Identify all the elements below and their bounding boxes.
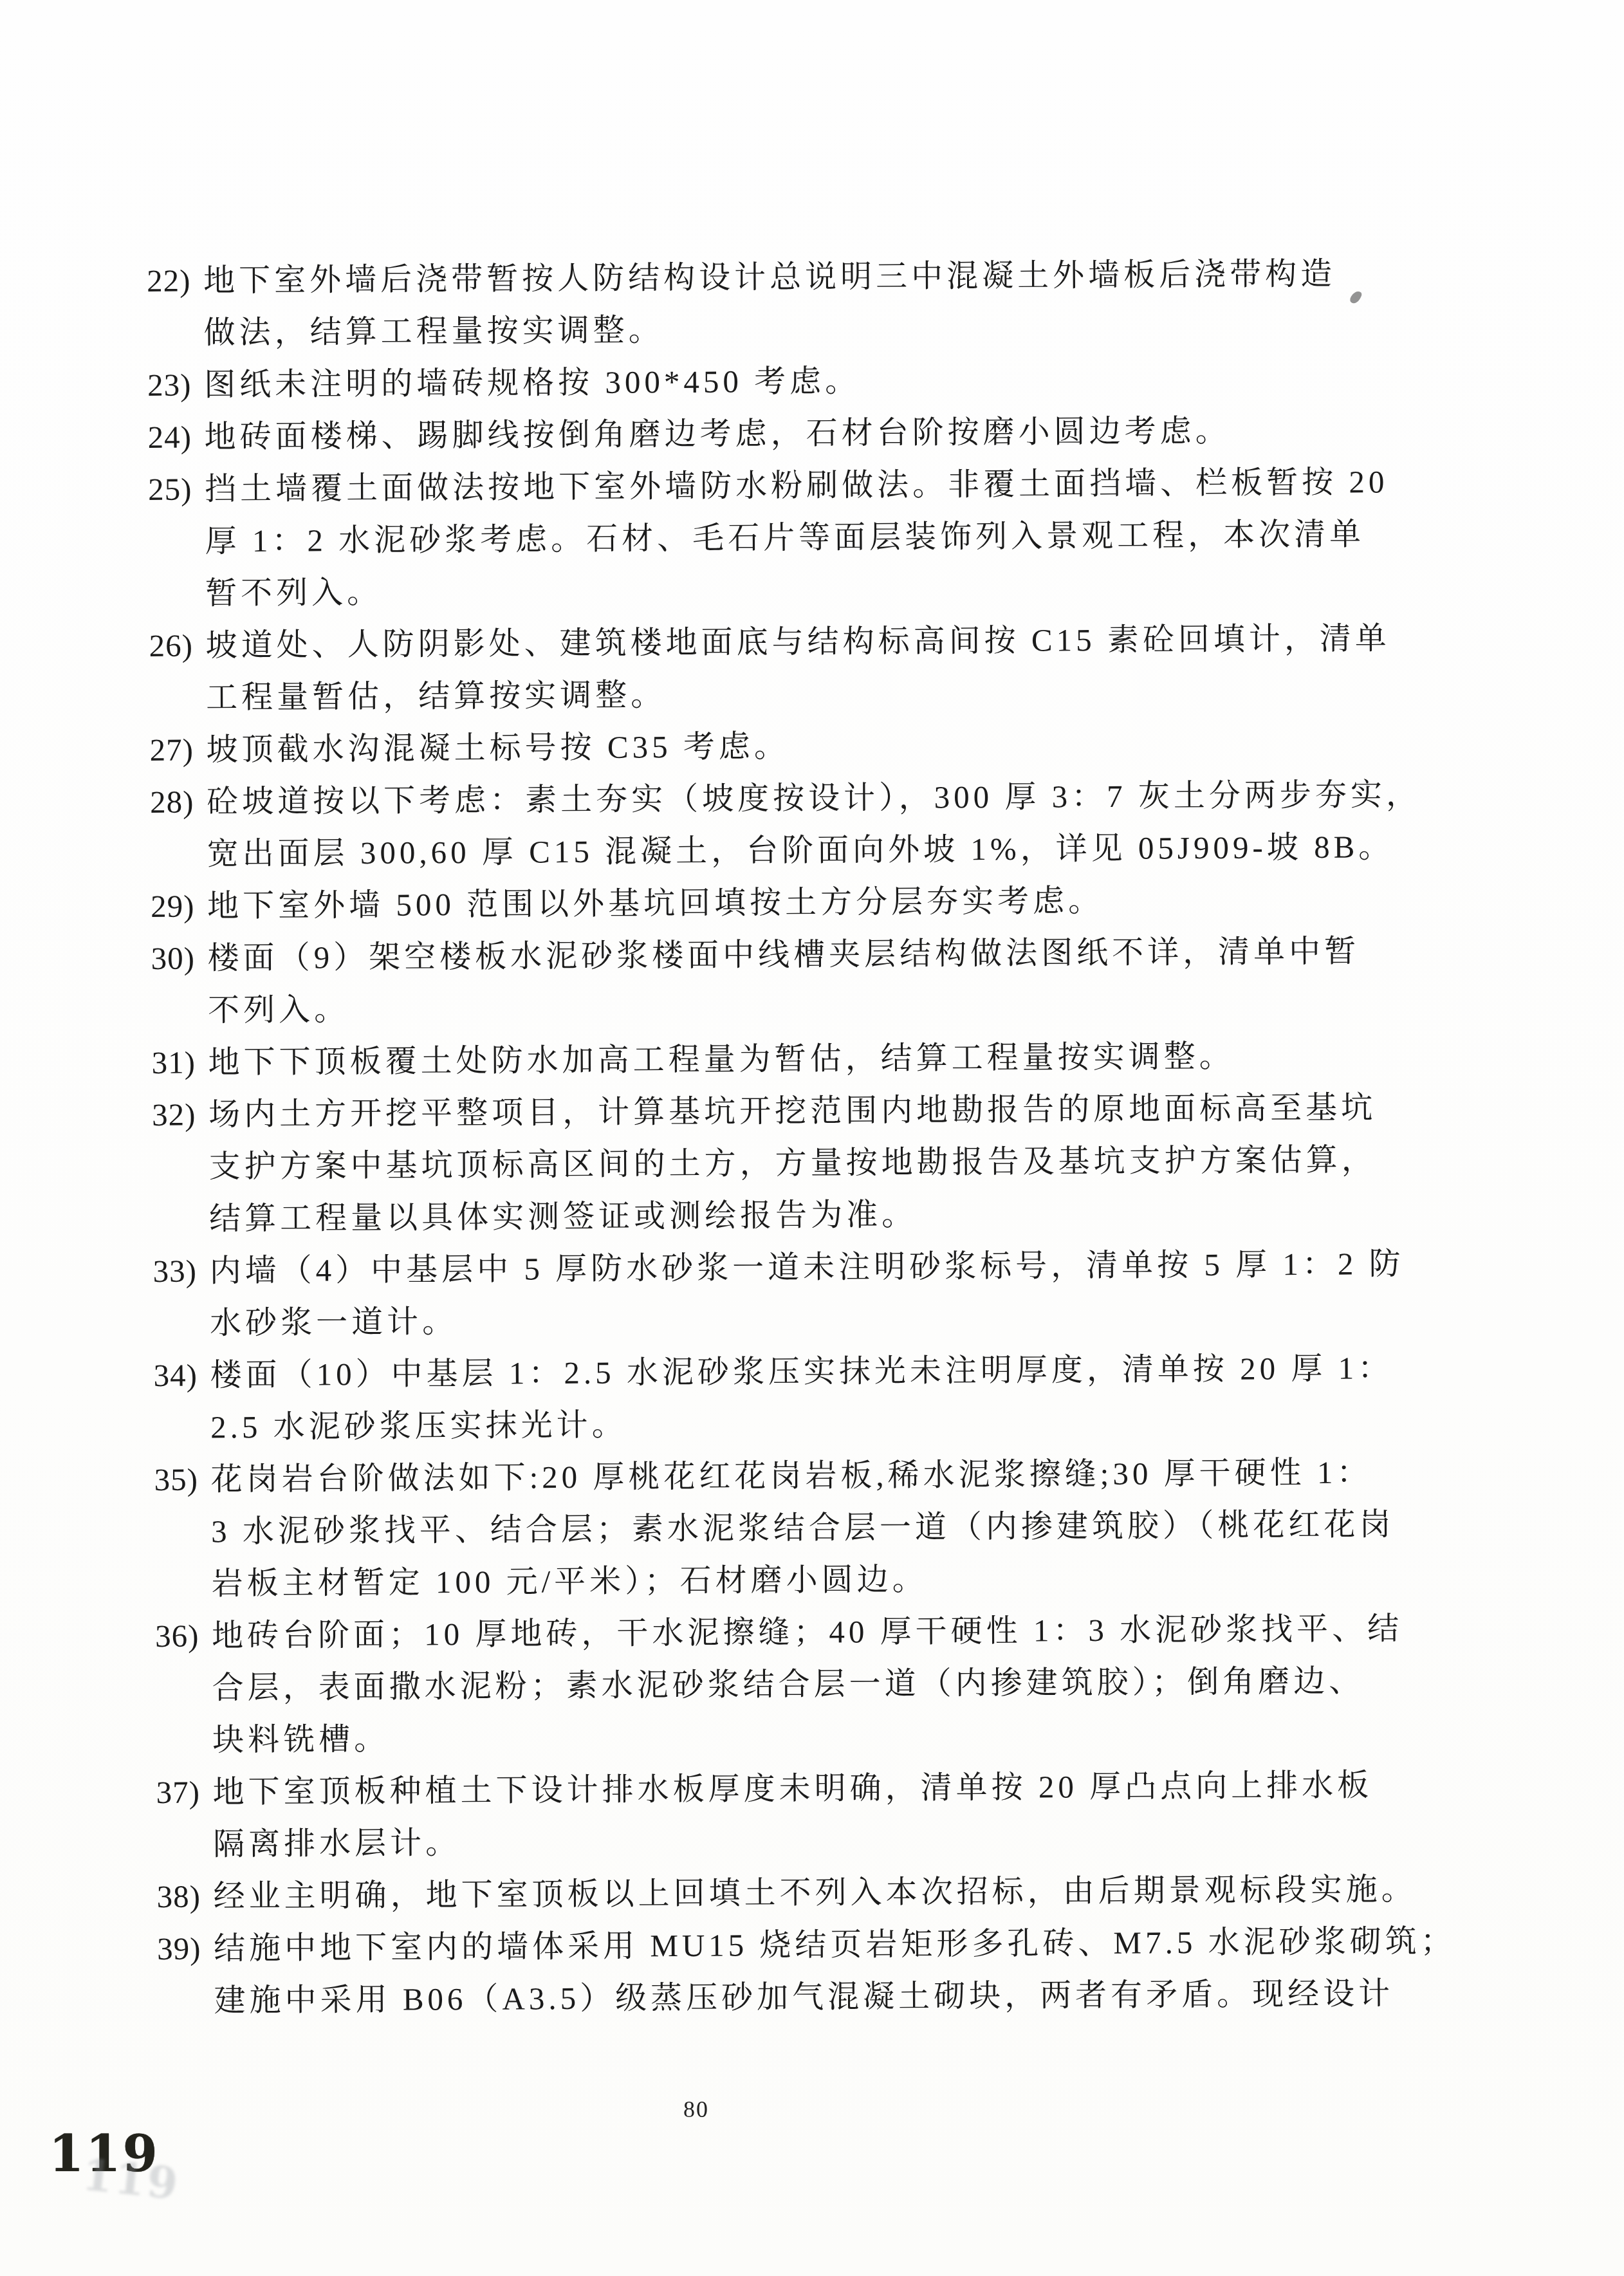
item-line: 水砂浆一道计。 bbox=[210, 1290, 1376, 1349]
list-item-24: 24) 地砖面楼梯、踢脚线按倒角磨边考虑，石材台阶按磨小圆边考虑。 bbox=[147, 403, 1370, 463]
list-item-34: 34) 楼面（10）中基层 1：2.5 水泥砂浆压实抹光未注明厚度，清单按 20… bbox=[153, 1342, 1376, 1454]
list-item-26: 26) 坡道处、人防阴影处、建筑楼地面底与结构标高间按 C15 素砼回填计，清单… bbox=[149, 612, 1372, 724]
list-item-28: 28) 砼坡道按以下考虑：素土夯实（坡度按设计），300 厚 3：7 灰土分两步… bbox=[150, 768, 1373, 880]
item-number: 28) bbox=[150, 776, 194, 828]
item-number: 22) bbox=[147, 255, 191, 307]
item-line: 岩板主材暂定 100 元/平米）；石材磨小圆边。 bbox=[211, 1550, 1377, 1609]
item-number: 26) bbox=[149, 620, 193, 672]
list-item-29: 29) 地下室外墙 500 范围以外基坑回填按土方分层夯实考虑。 bbox=[151, 873, 1373, 932]
item-number: 32) bbox=[152, 1089, 196, 1141]
item-number: 33) bbox=[152, 1245, 197, 1297]
item-line: 工程量暂估，结算按实调整。 bbox=[206, 664, 1372, 723]
item-number: 36) bbox=[155, 1610, 199, 1662]
list-item-30: 30) 楼面（9）架空楼板水泥砂浆楼面中线槽夹层结构做法图纸不详，清单中暂 不列… bbox=[151, 925, 1374, 1037]
item-number: 35) bbox=[154, 1454, 198, 1506]
list-item-33: 33) 内墙（4）中基层中 5 厚防水砂浆一道未注明砂浆标号，清单按 5 厚 1… bbox=[152, 1237, 1376, 1349]
scanned-document-page: 22) 地下室外墙后浇带暂按人防结构设计总说明三中混凝土外墙板后浇带构造 做法，… bbox=[0, 0, 1624, 2276]
item-line: 合层，表面撒水泥粉；素水泥砂浆结合层一道（内掺建筑胶）；倒角磨边、 bbox=[212, 1654, 1378, 1714]
item-line: 厚 1：2 水泥砂浆考虑。石材、毛石片等面层装饰列入景观工程，本次清单 bbox=[205, 508, 1370, 567]
list-item-23: 23) 图纸未注明的墙砖规格按 300*450 考虑。 bbox=[147, 351, 1370, 411]
item-line: 花岗岩台阶做法如下:20 厚桃花红花岗岩板,稀水泥浆擦缝;30 厚干硬性 1： bbox=[210, 1446, 1376, 1505]
list-item-35: 35) 花岗岩台阶做法如下:20 厚桃花红花岗岩板,稀水泥浆擦缝;30 厚干硬性… bbox=[154, 1446, 1377, 1610]
item-number: 24) bbox=[147, 411, 192, 463]
item-number: 39) bbox=[157, 1923, 201, 1975]
item-line: 地下室外墙后浇带暂按人防结构设计总说明三中混凝土外墙板后浇带构造 bbox=[203, 247, 1369, 306]
item-number: 23) bbox=[147, 359, 192, 411]
list-item-39: 39) 结施中地下室内的墙体采用 MU15 烧结页岩矩形多孔砖、M7.5 水泥砂… bbox=[157, 1915, 1380, 2027]
item-number: 29) bbox=[151, 880, 195, 932]
item-number: 38) bbox=[156, 1871, 201, 1923]
notes-list: 22) 地下室外墙后浇带暂按人防结构设计总说明三中混凝土外墙板后浇带构造 做法，… bbox=[147, 247, 1380, 2027]
item-line: 地下室顶板种植土下设计排水板厚度未明确，清单按 20 厚凸点向上排水板 bbox=[212, 1759, 1378, 1818]
item-line: 建施中采用 B06（A3.5）级蒸压砂加气混凝土砌块，两者有矛盾。现经设计 bbox=[214, 1967, 1379, 2026]
item-line: 暂不列入。 bbox=[205, 560, 1371, 619]
item-number: 27) bbox=[149, 724, 194, 776]
item-line: 隔离排水层计。 bbox=[213, 1811, 1379, 1870]
item-line: 不列入。 bbox=[208, 977, 1374, 1036]
item-line: 块料铣槽。 bbox=[212, 1707, 1378, 1766]
item-line: 地下室外墙 500 范围以外基坑回填按土方分层夯实考虑。 bbox=[207, 873, 1373, 932]
item-line: 地砖台阶面；10 厚地砖，干水泥擦缝；40 厚干硬性 1：3 水泥砂浆找平、结 bbox=[212, 1602, 1378, 1661]
item-line: 图纸未注明的墙砖规格按 300*450 考虑。 bbox=[204, 351, 1370, 411]
list-item-32: 32) 场内土方开挖平整项目，计算基坑开挖范围内地勘报告的原地面标高至基坑 支护… bbox=[152, 1081, 1375, 1245]
list-item-38: 38) 经业主明确，地下室顶板以上回填土不列入本次招标，由后期景观标段实施。 bbox=[156, 1863, 1379, 1923]
item-line: 砼坡道按以下考虑：素土夯实（坡度按设计），300 厚 3：7 灰土分两步夯实， bbox=[207, 768, 1372, 828]
item-line: 楼面（9）架空楼板水泥砂浆楼面中线槽夹层结构做法图纸不详，清单中暂 bbox=[207, 925, 1373, 984]
list-item-25: 25) 挡土墙覆土面做法按地下室外墙防水粉刷做法。非覆土面挡墙、栏板暂按 20 … bbox=[148, 456, 1371, 620]
item-number: 31) bbox=[151, 1037, 196, 1089]
item-line: 挡土墙覆土面做法按地下室外墙防水粉刷做法。非覆土面挡墙、栏板暂按 20 bbox=[205, 456, 1370, 515]
item-number: 25) bbox=[148, 463, 192, 515]
list-item-27: 27) 坡顶截水沟混凝土标号按 C35 考虑。 bbox=[149, 716, 1372, 776]
item-line: 经业主明确，地下室顶板以上回填土不列入本次招标，由后期景观标段实施。 bbox=[213, 1863, 1379, 1922]
list-item-36: 36) 地砖台阶面；10 厚地砖，干水泥擦缝；40 厚干硬性 1：3 水泥砂浆找… bbox=[155, 1602, 1378, 1766]
item-line: 结施中地下室内的墙体采用 MU15 烧结页岩矩形多孔砖、M7.5 水泥砂浆砌筑； bbox=[214, 1915, 1379, 1974]
item-line: 内墙（4）中基层中 5 厚防水砂浆一道未注明砂浆标号，清单按 5 厚 1：2 防 bbox=[209, 1237, 1375, 1297]
list-item-22: 22) 地下室外墙后浇带暂按人防结构设计总说明三中混凝土外墙板后浇带构造 做法，… bbox=[147, 247, 1370, 359]
item-line: 场内土方开挖平整项目，计算基坑开挖范围内地勘报告的原地面标高至基坑 bbox=[208, 1081, 1374, 1140]
item-line: 地砖面楼梯、踢脚线按倒角磨边考虑，石材台阶按磨小圆边考虑。 bbox=[204, 403, 1370, 463]
item-line: 宽出面层 300,60 厚 C15 混凝土，台阶面向外坡 1%，详见 05J90… bbox=[207, 820, 1372, 880]
item-number: 34) bbox=[153, 1349, 198, 1402]
item-line: 楼面（10）中基层 1：2.5 水泥砂浆压实抹光未注明厚度，清单按 20 厚 1… bbox=[210, 1342, 1376, 1401]
item-line: 支护方案中基坑顶标高区间的土方，方量按地勘报告及基坑支护方案估算， bbox=[208, 1133, 1374, 1192]
footer-page-number: 80 bbox=[683, 2096, 709, 2122]
item-number: 37) bbox=[156, 1766, 200, 1818]
item-line: 结算工程量以具体实测签证或测绘报告为准。 bbox=[209, 1185, 1375, 1244]
item-line: 地下下顶板覆土处防水加高工程量为暂估，结算工程量按实调整。 bbox=[208, 1029, 1374, 1088]
item-line: 做法，结算工程量按实调整。 bbox=[203, 299, 1369, 358]
item-line: 坡顶截水沟混凝土标号按 C35 考虑。 bbox=[206, 716, 1372, 775]
list-item-37: 37) 地下室顶板种植土下设计排水板厚度未明确，清单按 20 厚凸点向上排水板 … bbox=[156, 1759, 1379, 1871]
item-line: 坡道处、人防阴影处、建筑楼地面底与结构标高间按 C15 素砼回填计，清单 bbox=[205, 612, 1371, 671]
item-line: 2.5 水泥砂浆压实抹光计。 bbox=[210, 1394, 1376, 1453]
stamp-ghost: 119 bbox=[80, 2152, 181, 2207]
item-line: 3 水泥砂浆找平、结合层；素水泥浆结合层一道（内掺建筑胶）（桃花红花岗 bbox=[211, 1498, 1377, 1557]
list-item-31: 31) 地下下顶板覆土处防水加高工程量为暂估，结算工程量按实调整。 bbox=[151, 1029, 1374, 1089]
item-number: 30) bbox=[151, 932, 195, 985]
